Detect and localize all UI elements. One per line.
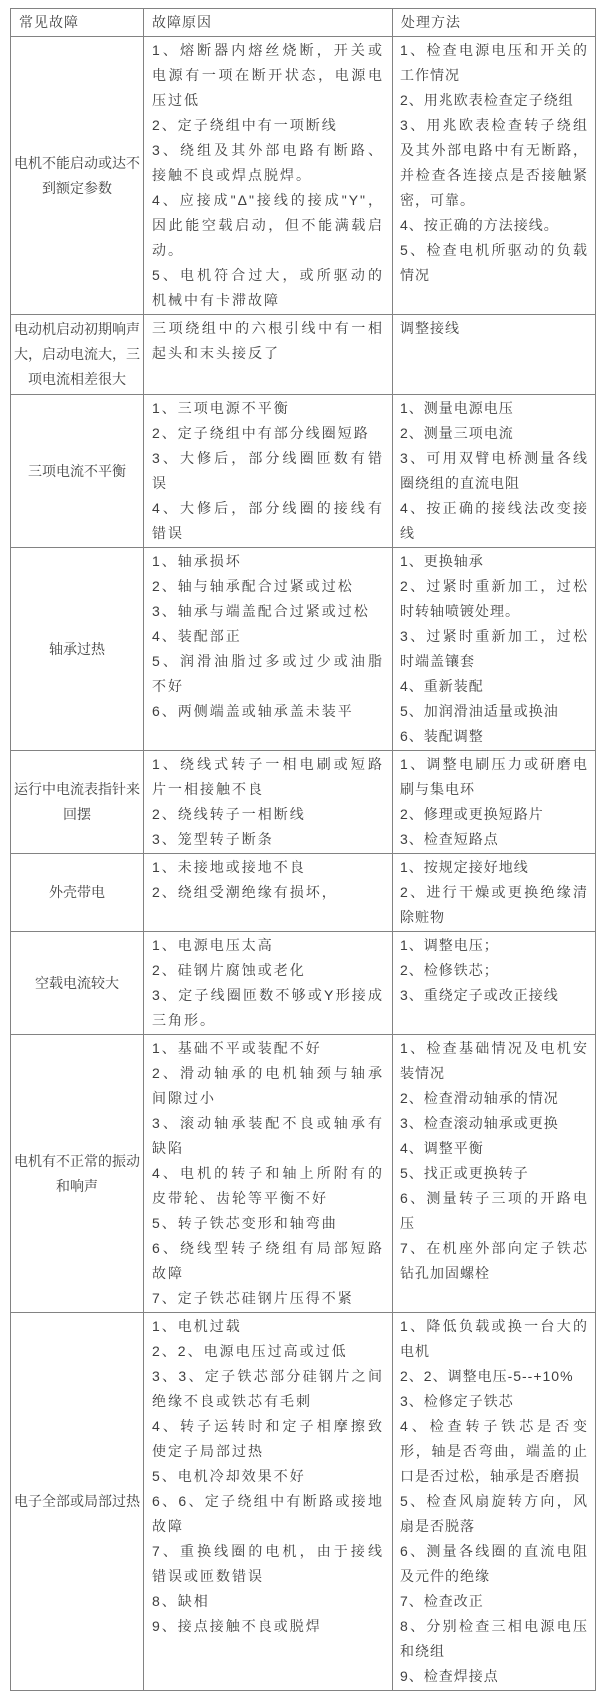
method-item: 3、检查滚动轴承或更换 xyxy=(400,1111,588,1136)
cause-item: 1、三项电源不平衡 xyxy=(152,396,384,421)
fault-cell: 电机不能启动或达不到额定参数 xyxy=(11,37,144,315)
cause-item: 8、缺相 xyxy=(152,1589,384,1614)
cause-item: 2、滑动轴承的电机轴颈与轴承间隙过小 xyxy=(152,1061,384,1111)
header-row: 常见故障 故障原因 处理方法 xyxy=(11,9,596,37)
cause-item: 6、两侧端盖或轴承盖未装平 xyxy=(152,699,384,724)
method-item: 3、检修定子铁芯 xyxy=(400,1389,588,1414)
method-item: 2、用兆欧表检查定子绕组 xyxy=(400,88,588,113)
method-item: 1、更换轴承 xyxy=(400,549,588,574)
methods-cell: 1、检查基础情况及电机安装情况2、检查滑动轴承的情况3、检查滚动轴承或更换4、调… xyxy=(393,1035,596,1313)
methods-cell: 1、按规定接好地线2、进行干燥或更换绝缘清除赃物 xyxy=(393,854,596,932)
document-page: 常见故障 故障原因 处理方法 电机不能启动或达不到额定参数1、熔断器内熔丝烧断，… xyxy=(0,0,600,1697)
methods-cell: 1、降低负载或换一台大的电机2、2、调整电压-5--+10%3、检修定子铁芯4、… xyxy=(393,1313,596,1691)
method-item: 2、检修铁芯； xyxy=(400,958,588,983)
cause-item: 2、定子绕组中有一项断线 xyxy=(152,113,384,138)
cause-item: 7、重换线圈的电机，由于接线错误或匝数错误 xyxy=(152,1539,384,1589)
cause-item: 3、滚动轴承装配不良或轴承有缺陷 xyxy=(152,1111,384,1161)
cause-item: 2、绕线转子一相断线 xyxy=(152,802,384,827)
cause-item: 4、转子运转时和定子相摩擦致使定子局部过热 xyxy=(152,1414,384,1464)
column-header-method: 处理方法 xyxy=(393,9,596,37)
table-row: 电动机启动初期响声大，启动电流大，三项电流相差很大三项绕组中的六根引线中有一相起… xyxy=(11,315,596,395)
cause-item: 5、转子铁芯变形和轴弯曲 xyxy=(152,1211,384,1236)
cause-item: 1、轴承损坏 xyxy=(152,549,384,574)
method-item: 4、调整平衡 xyxy=(400,1136,588,1161)
method-item: 2、过紧时重新加工，过松时转轴喷镀处理。 xyxy=(400,574,588,624)
cause-item: 6、6、定子绕组中有断路或接地故障 xyxy=(152,1489,384,1539)
cause-item: 4、大修后，部分线圈的接线有错误 xyxy=(152,496,384,546)
cause-item: 2、绕组受潮绝缘有损坏， xyxy=(152,880,384,905)
causes-cell: 1、绕线式转子一相电刷或短路片一相接触不良2、绕线转子一相断线3、笼型转子断条 xyxy=(144,751,393,854)
cause-item: 1、熔断器内熔丝烧断，开关或电源有一项在断开状态，电源电压过低 xyxy=(152,38,384,113)
causes-cell: 1、熔断器内熔丝烧断，开关或电源有一项在断开状态，电源电压过低2、定子绕组中有一… xyxy=(144,37,393,315)
method-item: 7、检查改正 xyxy=(400,1589,588,1614)
method-item: 4、重新装配 xyxy=(400,674,588,699)
causes-cell: 1、电机过载2、2、电源电压过高或过低3、3、定子铁芯部分硅钢片之间绝缘不良或铁… xyxy=(144,1313,393,1691)
method-item: 5、检查电机所驱动的负载情况 xyxy=(400,238,588,288)
cause-item: 9、接点接触不良或脱焊 xyxy=(152,1614,384,1639)
cause-item: 5、润滑油脂过多或过少或油脂不好 xyxy=(152,649,384,699)
causes-cell: 1、轴承损坏2、轴与轴承配合过紧或过松3、轴承与端盖配合过紧或过松4、装配部正5… xyxy=(144,548,393,751)
method-item: 2、测量三项电流 xyxy=(400,421,588,446)
causes-cell: 三项绕组中的六根引线中有一相起头和末头接反了 xyxy=(144,315,393,395)
method-item: 1、降低负载或换一台大的电机 xyxy=(400,1314,588,1364)
methods-cell: 1、检查电源电压和开关的工作情况2、用兆欧表检查定子绕组3、用兆欧表检查转子绕组… xyxy=(393,37,596,315)
cause-item: 5、电机冷却效果不好 xyxy=(152,1464,384,1489)
table-row: 电机不能启动或达不到额定参数1、熔断器内熔丝烧断，开关或电源有一项在断开状态，电… xyxy=(11,37,596,315)
method-item: 6、测量各线圈的直流电阻及元件的绝缘 xyxy=(400,1539,588,1589)
causes-cell: 1、未接地或接地不良2、绕组受潮绝缘有损坏， xyxy=(144,854,393,932)
causes-cell: 1、电源电压太高2、硅钢片腐蚀或老化3、定子线圈匝数不够或Y形接成三角形。 xyxy=(144,932,393,1035)
method-item: 3、用兆欧表检查转子绕组及其外部电路中有无断路，并检查各连接点是否接触紧密，可靠… xyxy=(400,113,588,213)
method-item: 6、装配调整 xyxy=(400,724,588,749)
method-item: 1、检查电源电压和开关的工作情况 xyxy=(400,38,588,88)
cause-item: 3、绕组及其外部电路有断路、接触不良或焊点脱焊。 xyxy=(152,138,384,188)
cause-item: 2、硅钢片腐蚀或老化 xyxy=(152,958,384,983)
fault-table-body: 电机不能启动或达不到额定参数1、熔断器内熔丝烧断，开关或电源有一项在断开状态，电… xyxy=(11,37,596,1691)
cause-item: 5、电机符合过大，或所驱动的机械中有卡滞故障 xyxy=(152,263,384,313)
cause-item: 3、3、定子铁芯部分硅钢片之间绝缘不良或铁芯有毛刺 xyxy=(152,1364,384,1414)
table-row: 轴承过热1、轴承损坏2、轴与轴承配合过紧或过松3、轴承与端盖配合过紧或过松4、装… xyxy=(11,548,596,751)
method-item: 6、测量转子三项的开路电压 xyxy=(400,1186,588,1236)
cause-item: 1、未接地或接地不良 xyxy=(152,855,384,880)
column-header-cause: 故障原因 xyxy=(144,9,393,37)
causes-cell: 1、三项电源不平衡2、定子绕组中有部分线圈短路3、大修后，部分线圈匝数有错误4、… xyxy=(144,395,393,548)
cause-item: 2、2、电源电压过高或过低 xyxy=(152,1339,384,1364)
cause-item: 2、定子绕组中有部分线圈短路 xyxy=(152,421,384,446)
cause-item: 3、轴承与端盖配合过紧或过松 xyxy=(152,599,384,624)
cause-item: 4、电机的转子和轴上所附有的皮带轮、齿轮等平衡不好 xyxy=(152,1161,384,1211)
method-item: 5、找正或更换转子 xyxy=(400,1161,588,1186)
table-row: 电机有不正常的振动和响声1、基础不平或装配不好2、滑动轴承的电机轴颈与轴承间隙过… xyxy=(11,1035,596,1313)
table-row: 外壳带电1、未接地或接地不良2、绕组受潮绝缘有损坏，1、按规定接好地线2、进行干… xyxy=(11,854,596,932)
cause-item: 2、轴与轴承配合过紧或过松 xyxy=(152,574,384,599)
cause-item: 6、绕线型转子绕组有局部短路故障 xyxy=(152,1236,384,1286)
cause-item: 1、电机过载 xyxy=(152,1314,384,1339)
method-item: 2、检查滑动轴承的情况 xyxy=(400,1086,588,1111)
fault-cell: 三项电流不平衡 xyxy=(11,395,144,548)
method-item: 1、测量电源电压 xyxy=(400,396,588,421)
table-row: 运行中电流表指针来回摆1、绕线式转子一相电刷或短路片一相接触不良2、绕线转子一相… xyxy=(11,751,596,854)
fault-cell: 电机有不正常的振动和响声 xyxy=(11,1035,144,1313)
method-item: 1、检查基础情况及电机安装情况 xyxy=(400,1036,588,1086)
method-item: 2、进行干燥或更换绝缘清除赃物 xyxy=(400,880,588,930)
cause-item: 4、应接成"Δ"接线的接成"Y"，因此能空载启动，但不能满载启动。 xyxy=(152,188,384,263)
method-item: 9、检查焊接点 xyxy=(400,1664,588,1689)
cause-item: 三项绕组中的六根引线中有一相起头和末头接反了 xyxy=(152,316,384,366)
method-item: 5、加润滑油适量或换油 xyxy=(400,699,588,724)
methods-cell: 1、测量电源电压2、测量三项电流3、可用双臂电桥测量各线圈绕组的直流电阻4、按正… xyxy=(393,395,596,548)
method-item: 3、重绕定子或改正接线 xyxy=(400,983,588,1008)
fault-cell: 轴承过热 xyxy=(11,548,144,751)
fault-table: 常见故障 故障原因 处理方法 电机不能启动或达不到额定参数1、熔断器内熔丝烧断，… xyxy=(10,8,596,1691)
cause-item: 1、电源电压太高 xyxy=(152,933,384,958)
method-item: 4、按正确的接线法改变接线 xyxy=(400,496,588,546)
methods-cell: 1、调整电压；2、检修铁芯；3、重绕定子或改正接线 xyxy=(393,932,596,1035)
methods-cell: 调整接线 xyxy=(393,315,596,395)
table-row: 空载电流较大1、电源电压太高2、硅钢片腐蚀或老化3、定子线圈匝数不够或Y形接成三… xyxy=(11,932,596,1035)
method-item: 4、检查转子铁芯是否变形，轴是否弯曲，端盖的止口是否过松，轴承是否磨损 xyxy=(400,1414,588,1489)
fault-cell: 电子全部或局部过热 xyxy=(11,1313,144,1691)
fault-cell: 电动机启动初期响声大，启动电流大，三项电流相差很大 xyxy=(11,315,144,395)
method-item: 7、在机座外部向定子铁芯钻孔加固螺栓 xyxy=(400,1236,588,1286)
methods-cell: 1、更换轴承2、过紧时重新加工，过松时转轴喷镀处理。3、过紧时重新加工，过松时端… xyxy=(393,548,596,751)
cause-item: 3、定子线圈匝数不够或Y形接成三角形。 xyxy=(152,983,384,1033)
method-item: 调整接线 xyxy=(400,316,588,341)
table-row: 电子全部或局部过热1、电机过载2、2、电源电压过高或过低3、3、定子铁芯部分硅钢… xyxy=(11,1313,596,1691)
methods-cell: 1、调整电刷压力或研磨电刷与集电环2、修理或更换短路片3、检查短路点 xyxy=(393,751,596,854)
method-item: 1、按规定接好地线 xyxy=(400,855,588,880)
method-item: 4、按正确的方法接线。 xyxy=(400,213,588,238)
table-row: 三项电流不平衡1、三项电源不平衡2、定子绕组中有部分线圈短路3、大修后，部分线圈… xyxy=(11,395,596,548)
cause-item: 7、定子铁芯硅钢片压得不紧 xyxy=(152,1286,384,1311)
causes-cell: 1、基础不平或装配不好2、滑动轴承的电机轴颈与轴承间隙过小3、滚动轴承装配不良或… xyxy=(144,1035,393,1313)
cause-item: 1、绕线式转子一相电刷或短路片一相接触不良 xyxy=(152,752,384,802)
cause-item: 1、基础不平或装配不好 xyxy=(152,1036,384,1061)
fault-cell: 外壳带电 xyxy=(11,854,144,932)
fault-cell: 空载电流较大 xyxy=(11,932,144,1035)
method-item: 1、调整电刷压力或研磨电刷与集电环 xyxy=(400,752,588,802)
method-item: 2、修理或更换短路片 xyxy=(400,802,588,827)
fault-cell: 运行中电流表指针来回摆 xyxy=(11,751,144,854)
cause-item: 3、笼型转子断条 xyxy=(152,827,384,852)
method-item: 3、过紧时重新加工，过松时端盖镶套 xyxy=(400,624,588,674)
method-item: 3、检查短路点 xyxy=(400,827,588,852)
method-item: 2、2、调整电压-5--+10% xyxy=(400,1364,588,1389)
cause-item: 4、装配部正 xyxy=(152,624,384,649)
column-header-fault: 常见故障 xyxy=(11,9,144,37)
method-item: 3、可用双臂电桥测量各线圈绕组的直流电阻 xyxy=(400,446,588,496)
cause-item: 3、大修后，部分线圈匝数有错误 xyxy=(152,446,384,496)
method-item: 1、调整电压； xyxy=(400,933,588,958)
method-item: 8、分别检查三相电源电压和绕组 xyxy=(400,1614,588,1664)
method-item: 5、检查风扇旋转方向，风扇是否脱落 xyxy=(400,1489,588,1539)
